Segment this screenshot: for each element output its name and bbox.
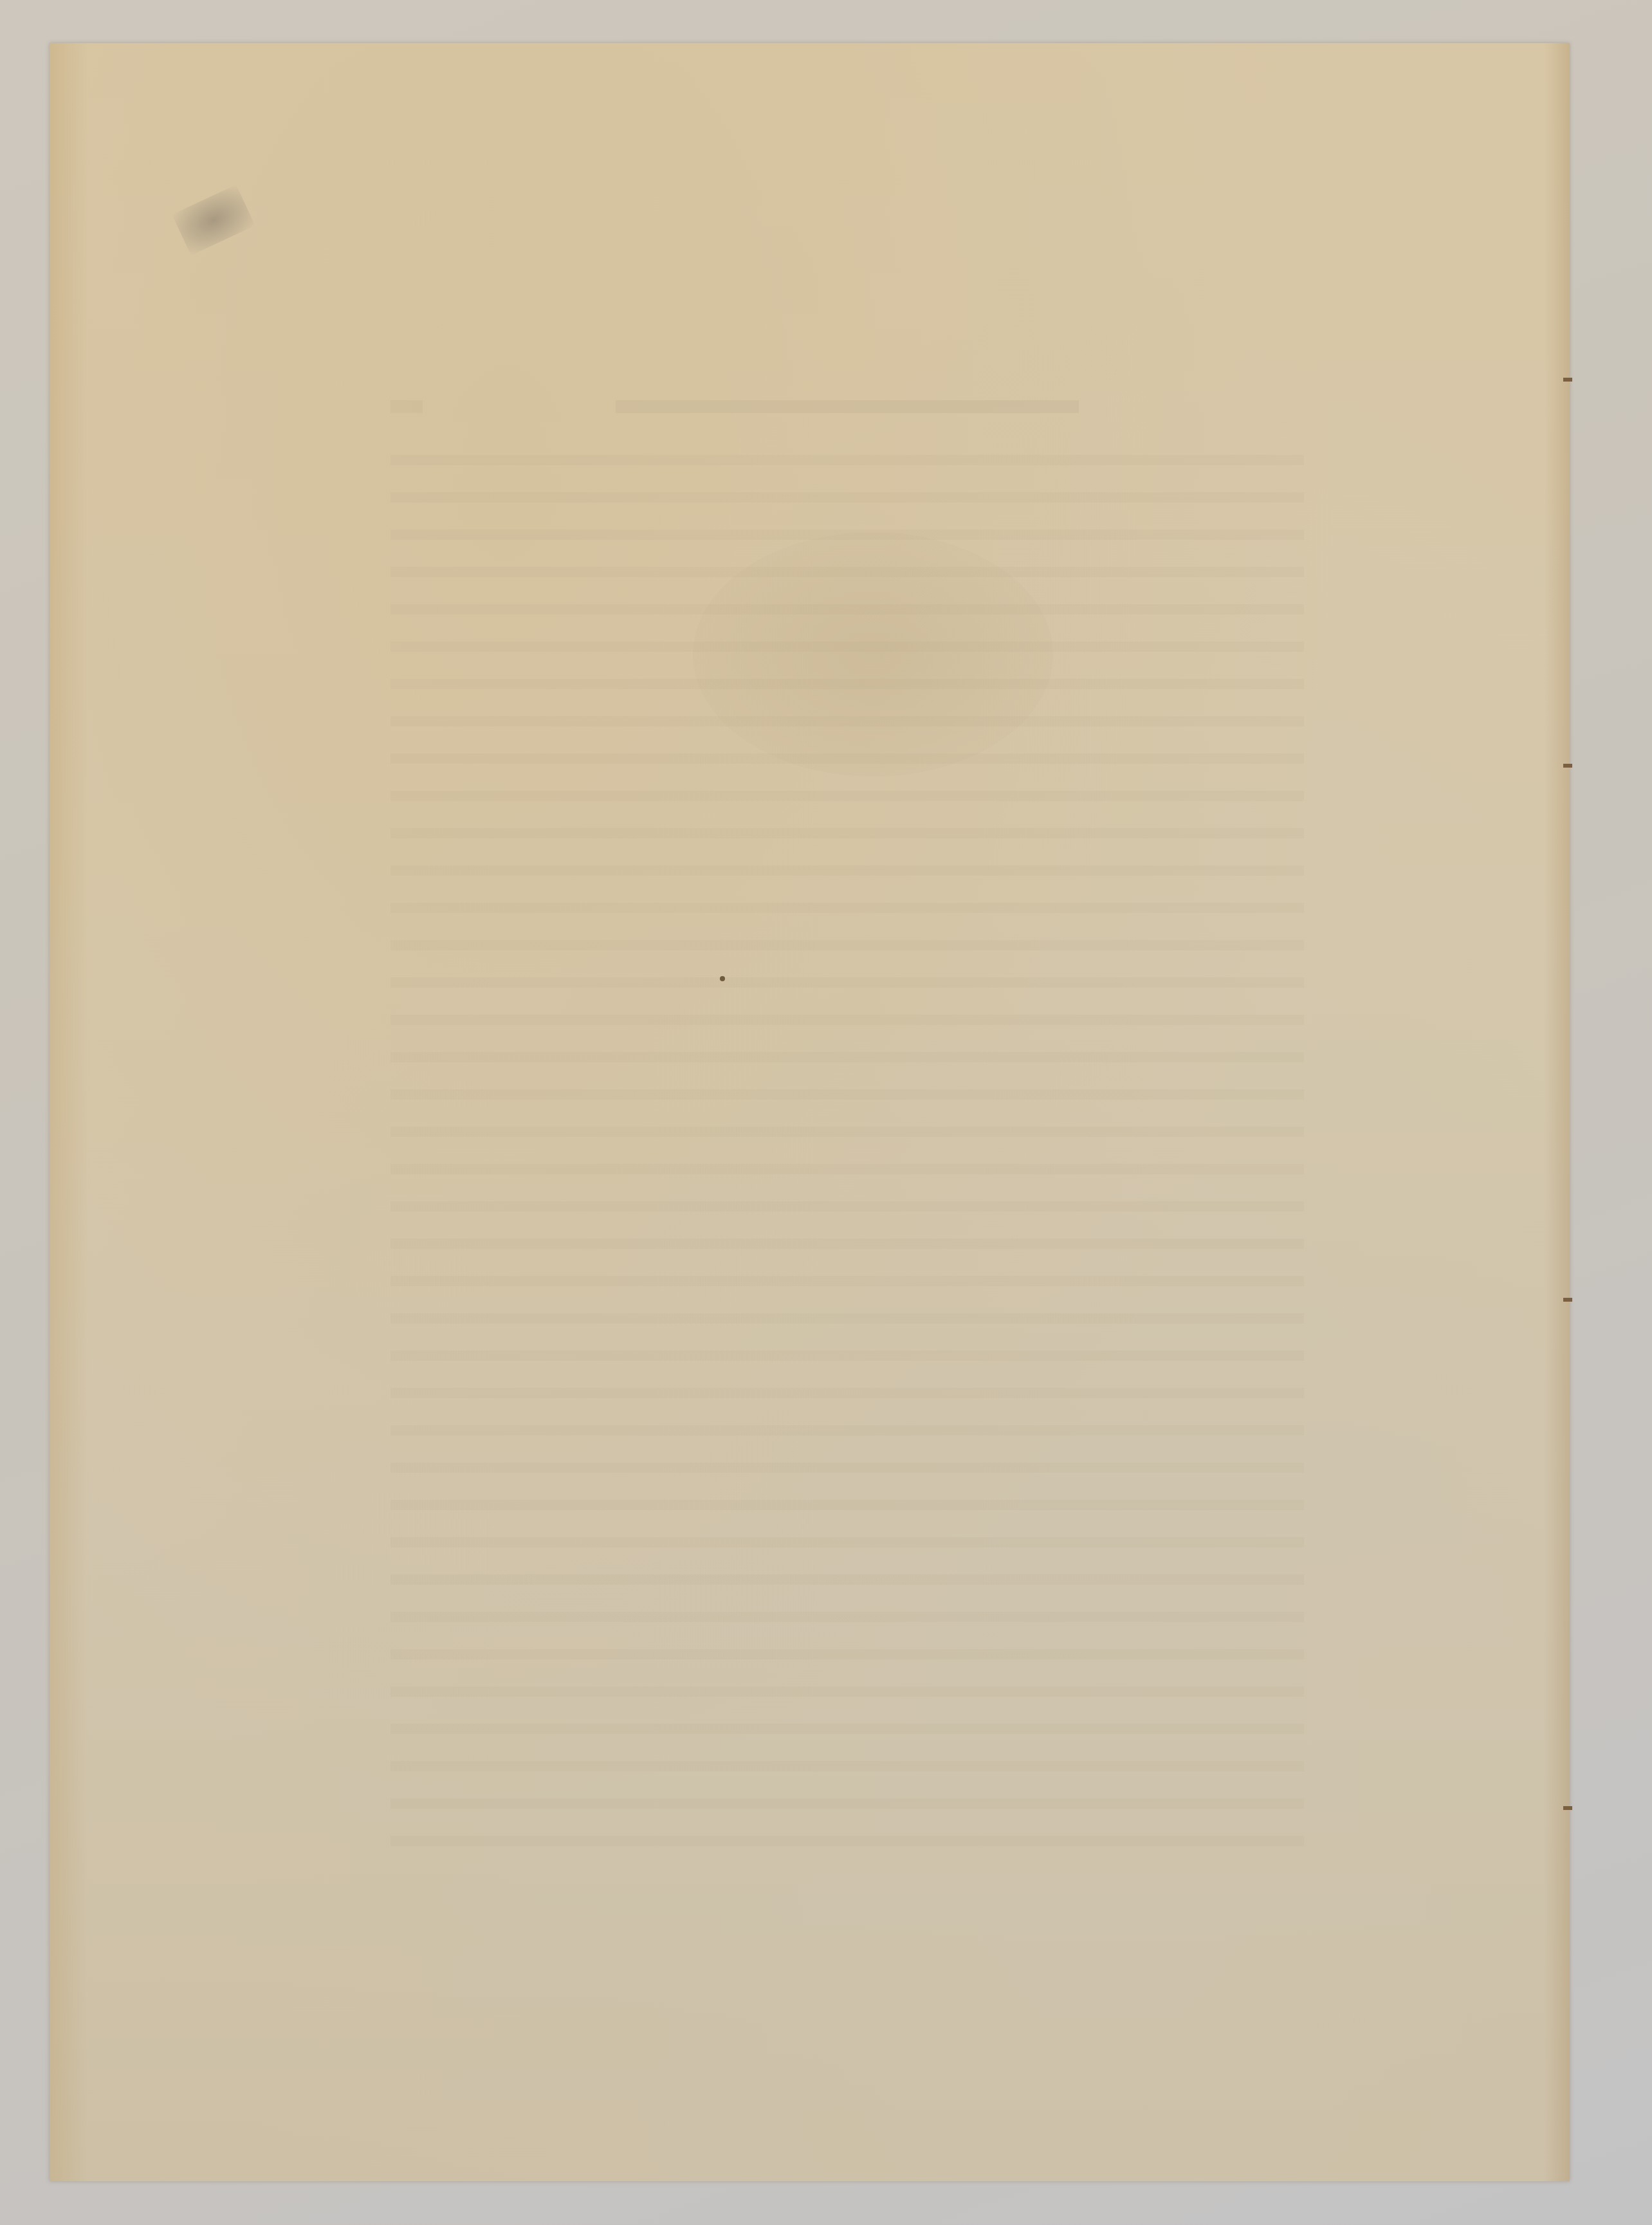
edge-nick	[1563, 378, 1572, 382]
edge-nick	[1563, 1298, 1572, 1302]
bleed-through-illustration	[693, 532, 1053, 777]
edge-nick	[1563, 764, 1572, 768]
bleed-through-running-header	[616, 400, 1079, 413]
pencil-smudge	[172, 185, 255, 255]
ink-spot	[720, 976, 725, 981]
paper-left-discoloration	[50, 43, 88, 2181]
paper-right-edge	[1544, 43, 1570, 2181]
bleed-through-page-number	[390, 400, 423, 413]
edge-nick	[1563, 1806, 1572, 1810]
paper-page	[50, 43, 1570, 2181]
